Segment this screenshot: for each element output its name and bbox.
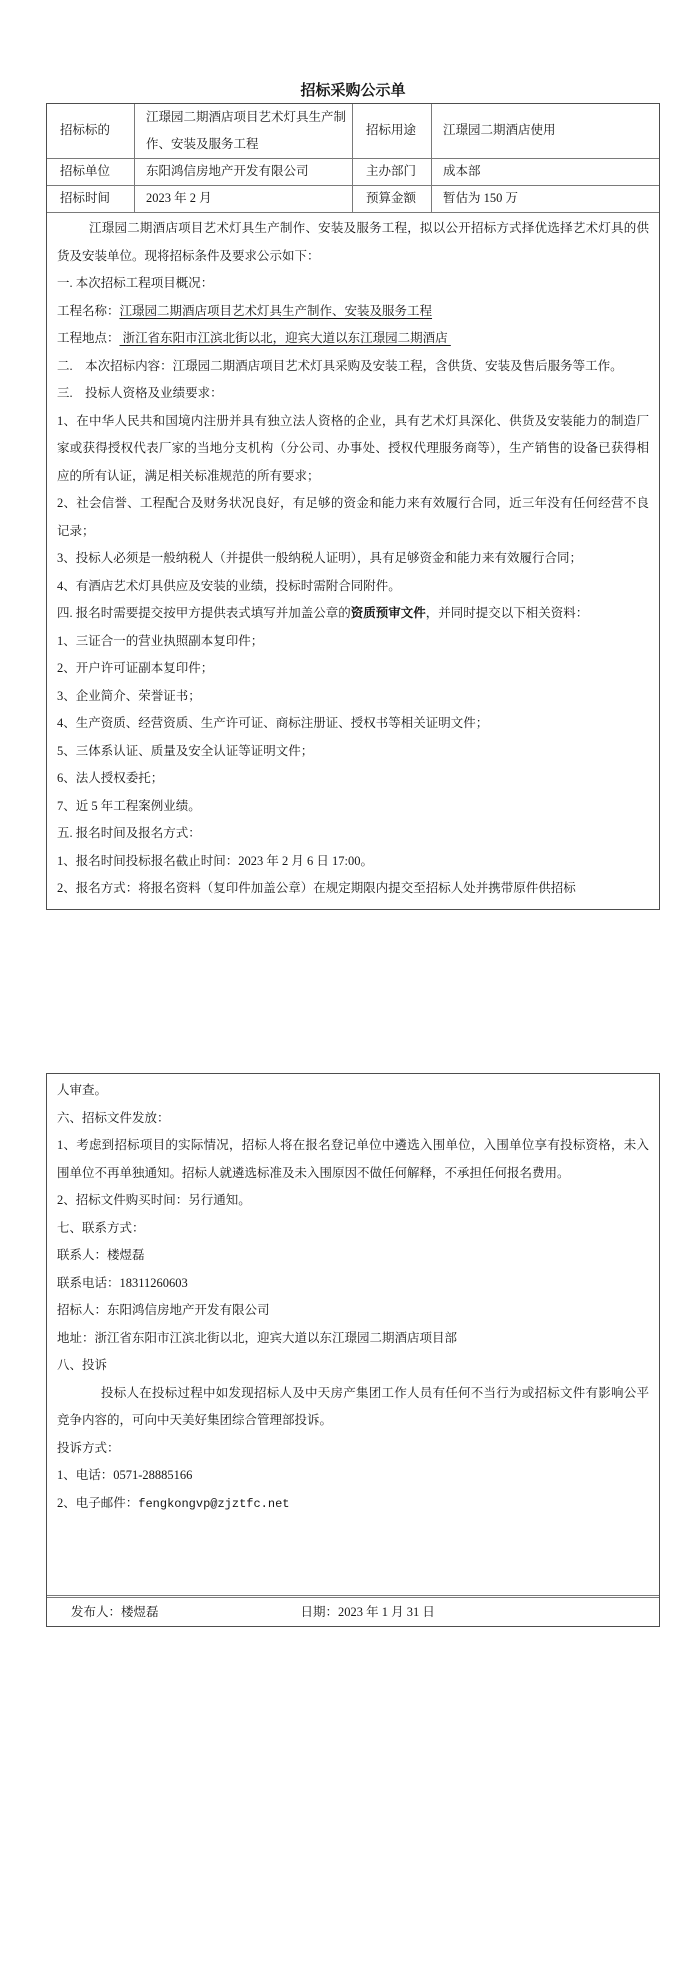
section-5-item-2: 2、报名方式：将报名资料（复印件加盖公章）在规定期限内提交至招标人处并携带原件供… [57, 875, 649, 903]
carryover-line: 人审查。 [57, 1077, 649, 1105]
page-title: 招标采购公示单 [46, 82, 660, 100]
notice-box-page2: 人审查。 六、招标文件发放： 1、考虑到招标项目的实际情况，招标人将在报名登记单… [46, 1073, 660, 1627]
notice-body-page2: 人审查。 六、招标文件发放： 1、考虑到招标项目的实际情况，招标人将在报名登记单… [47, 1074, 659, 1595]
para-intro: 江璟园二期酒店项目艺术灯具生产制作、安装及服务工程，拟以公开招标方式择优选择艺术… [57, 215, 649, 270]
info-label-tender-unit: 招标单位 [47, 159, 135, 186]
info-label-tender-time: 招标时间 [47, 186, 135, 213]
project-name-value: 江璟园二期酒店项目艺术灯具生产制作、安装及服务工程 [120, 304, 433, 318]
info-value-tender-unit: 东阳鸿信房地产开发有限公司 [135, 159, 353, 186]
complaint-email-line: 2、电子邮件：fengkongvp@zjztfc.net [57, 1490, 649, 1519]
complaint-method-label: 投诉方式： [57, 1435, 649, 1463]
project-name-line: 工程名称：江璟园二期酒店项目艺术灯具生产制作、安装及服务工程 [57, 298, 649, 326]
section-4-prefix: 四. 报名时需要提交按甲方提供表式填写并加盖公章的 [57, 606, 351, 620]
complaint-email-value: fengkongvp@zjztfc.net [138, 1497, 289, 1511]
section-1-heading: 一. 本次招标工程项目概况： [57, 270, 649, 298]
info-label-host-dept: 主办部门 [353, 159, 432, 186]
section-6-heading: 六、招标文件发放： [57, 1105, 649, 1133]
document-page: 招标采购公示单 招标标的 江璟园二期酒店项目艺术灯具生产制作、安装及服务工程 招… [0, 0, 700, 1979]
section-4-heading: 四. 报名时需要提交按甲方提供表式填写并加盖公章的资质预审文件，并同时提交以下相… [57, 600, 649, 628]
info-label-budget: 预算金额 [353, 186, 432, 213]
info-value-host-dept: 成本部 [432, 159, 659, 186]
tenderer-line: 招标人：东阳鸿信房地产开发有限公司 [57, 1297, 649, 1325]
footer-publisher: 发布人：楼煜磊 [71, 1598, 159, 1626]
section-4-item-2: 2、开户许可证副本复印件； [57, 655, 649, 683]
section-5-heading: 五. 报名时间及报名方式： [57, 820, 649, 848]
info-label-bid-purpose: 招标用途 [353, 104, 432, 159]
section-4-bold-term: 资质预审文件 [351, 606, 426, 620]
section-4-item-1: 1、三证合一的营业执照副本复印件； [57, 628, 649, 656]
section-4-item-3: 3、企业简介、荣誉证书； [57, 683, 649, 711]
section-3-item-3: 3、投标人必须是一般纳税人（并提供一般纳税人证明），具有足够资金和能力来有效履行… [57, 545, 649, 573]
info-value-bid-purpose: 江璟园二期酒店使用 [432, 104, 659, 159]
section-6-item-1: 1、考虑到招标项目的实际情况，招标人将在报名登记单位中遴选入围单位，入围单位享有… [57, 1132, 649, 1187]
section-4-item-7: 7、近 5 年工程案例业绩。 [57, 793, 649, 821]
section-3-heading: 三. 投标人资格及业绩要求： [57, 380, 649, 408]
project-site-value: 浙江省东阳市江滨北街以北，迎宾大道以东江璟园二期酒店 [120, 331, 451, 345]
section-4-item-4: 4、生产资质、经营资质、生产许可证、商标注册证、授权书等相关证明文件； [57, 710, 649, 738]
project-name-label: 工程名称： [57, 304, 120, 318]
section-6-item-2: 2、招标文件购买时间：另行通知。 [57, 1187, 649, 1215]
info-value-bid-subject: 江璟园二期酒店项目艺术灯具生产制作、安装及服务工程 [135, 104, 353, 159]
section-4-item-6: 6、法人授权委托； [57, 765, 649, 793]
project-site-line: 工程地点： 浙江省东阳市江滨北街以北，迎宾大道以东江璟园二期酒店 [57, 325, 649, 353]
notice-box-page1: 招标标的 江璟园二期酒店项目艺术灯具生产制作、安装及服务工程 招标用途 江璟园二… [46, 103, 660, 910]
section-4-item-5: 5、三体系认证、质量及安全认证等证明文件； [57, 738, 649, 766]
address-line: 地址：浙江省东阳市江滨北街以北，迎宾大道以东江璟园二期酒店项目部 [57, 1325, 649, 1353]
info-value-budget: 暂估为 150 万 [432, 186, 659, 213]
project-site-label: 工程地点： [57, 331, 120, 345]
footer-date: 日期：2023 年 1 月 31 日 [301, 1598, 435, 1626]
section-7-heading: 七、联系方式： [57, 1215, 649, 1243]
section-3-item-4: 4、有酒店艺术灯具供应及安装的业绩，投标时需附合同附件。 [57, 573, 649, 601]
section-3-item-1: 1、在中华人民共和国境内注册并具有独立法人资格的企业，具有艺术灯具深化、供货及安… [57, 408, 649, 491]
contact-phone-line: 联系电话：18311260603 [57, 1270, 649, 1298]
complaint-phone-line: 1、电话：0571-28885166 [57, 1462, 649, 1490]
section-4-suffix: ，并同时提交以下相关资料： [426, 606, 589, 620]
contact-person-line: 联系人：楼煜磊 [57, 1242, 649, 1270]
complaint-paragraph: 投标人在投标过程中如发现招标人及中天房产集团工作人员有任何不当行为或招标文件有影… [57, 1380, 649, 1435]
footer-row: 发布人：楼煜磊 日期：2023 年 1 月 31 日 [47, 1595, 659, 1626]
info-value-tender-time: 2023 年 2 月 [135, 186, 353, 213]
info-table: 招标标的 江璟园二期酒店项目艺术灯具生产制作、安装及服务工程 招标用途 江璟园二… [47, 104, 659, 213]
section-2-heading: 二. 本次招标内容：江璟园二期酒店项目艺术灯具采购及安装工程，含供货、安装及售后… [57, 353, 649, 381]
info-label-bid-subject: 招标标的 [47, 104, 135, 159]
section-3-item-2: 2、社会信誉、工程配合及财务状况良好，有足够的资金和能力来有效履行合同，近三年没… [57, 490, 649, 545]
complaint-email-label: 2、电子邮件： [57, 1496, 138, 1510]
section-5-item-1: 1、报名时间投标报名截止时间：2023 年 2 月 6 日 17:00。 [57, 848, 649, 876]
section-8-heading: 八、投诉 [57, 1352, 649, 1380]
notice-body-page1: 江璟园二期酒店项目艺术灯具生产制作、安装及服务工程，拟以公开招标方式择优选择艺术… [47, 213, 659, 909]
